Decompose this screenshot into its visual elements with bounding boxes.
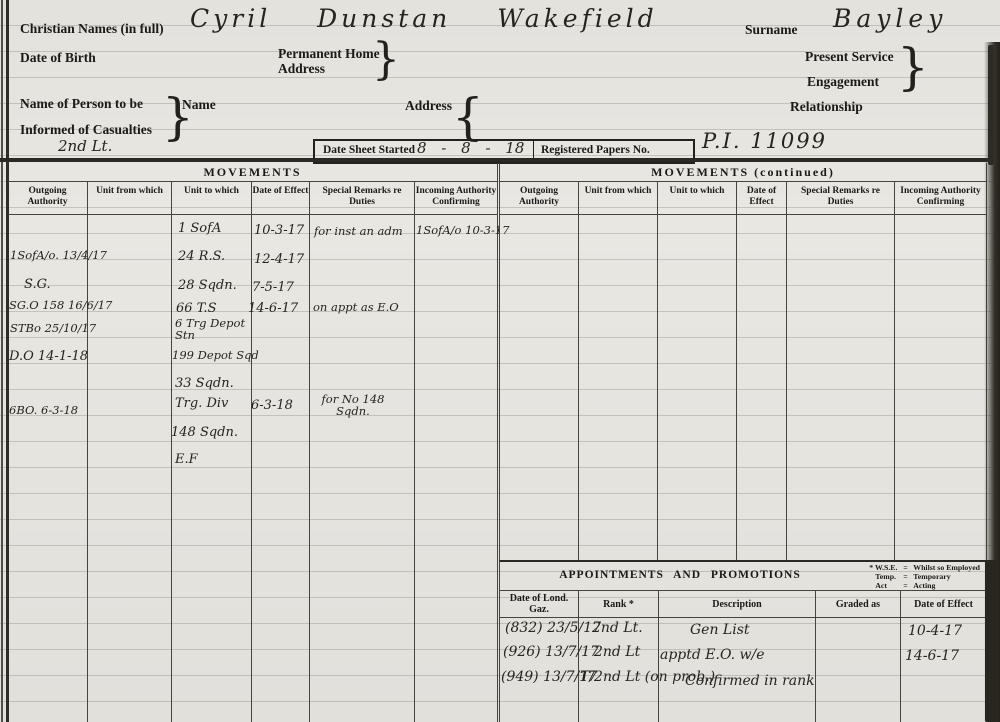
- movement-outgoing: SG.O 158 16/6/17: [9, 299, 112, 311]
- appointments-titlebar: APPOINTMENTS AND PROMOTIONS * W.S.E. = W…: [500, 562, 986, 591]
- movements-header-row: Outgoing Authority Unit from which Unit …: [8, 182, 497, 215]
- movement-outgoing: D.O 14-1-18: [9, 350, 88, 364]
- christian-names-value: Cyril Dunstan Wakefield: [190, 6, 658, 32]
- movement-outgoing: 1SofA/o. 13/4/17: [10, 249, 107, 261]
- appointment-date-of-effect: 14-6-17: [905, 649, 959, 664]
- column-rule: [310, 215, 415, 722]
- engagement-label: Engagement: [807, 74, 879, 90]
- movement-unit-to: 28 Sqdn.: [178, 279, 237, 293]
- col-graded-as: Graded as: [816, 591, 901, 617]
- movement-unit-to: 148 Sqdn.: [171, 426, 238, 440]
- address-brace: {: [452, 92, 484, 142]
- column-rule: [787, 215, 895, 561]
- surname-label: Surname: [745, 22, 798, 38]
- left-binding-line-outer: [1, 0, 3, 722]
- col-description: Description: [659, 591, 816, 617]
- movement-remarks: on appt as E.O: [313, 301, 399, 313]
- appointment-description: apptd E.O. w/e: [660, 648, 765, 663]
- date-sheet-started-label: Date Sheet Started: [323, 144, 415, 156]
- movements-continued-title: MOVEMENTS (continued): [500, 163, 986, 182]
- column-rule: [658, 215, 737, 561]
- appointments-title: APPOINTMENTS AND PROMOTIONS: [520, 569, 840, 581]
- christian-names-label: Christian Names (in full): [20, 21, 164, 37]
- appointments-header-row: Date of Lond. Gaz. Rank * Description Gr…: [500, 591, 986, 618]
- appointment-gazette: (832) 23/5/17: [505, 621, 601, 636]
- appointment-rank: 2nd Lt: [594, 645, 640, 660]
- casualties-label-line1: Name of Person to be: [20, 96, 143, 112]
- movement-outgoing: STBo 25/10/17: [10, 322, 96, 334]
- movements-table: MOVEMENTS Outgoing Authority Unit from w…: [8, 163, 498, 722]
- rank-annotation: 2nd Lt.: [58, 139, 112, 155]
- surname-value: Bayley: [833, 6, 947, 32]
- appointment-rank: 2nd Lt.: [592, 621, 643, 636]
- column-rule: [500, 215, 579, 561]
- registered-papers-label: Registered Papers No.: [541, 144, 650, 156]
- scan-edge-mark: [985, 560, 997, 722]
- appointments-legend: * W.S.E. = Whilst so Employed Temp. = Te…: [869, 564, 980, 591]
- col-incoming-authority: Incoming Authority Confirming: [895, 182, 986, 214]
- name-label: Name: [182, 97, 216, 113]
- movement-unit-to: 1 SofA: [178, 222, 221, 236]
- movement-date: 10-3-17: [254, 224, 304, 238]
- column-rule: [88, 215, 172, 722]
- col-date-lond-gaz: Date of Lond. Gaz.: [500, 591, 579, 617]
- appointment-description: Gen List: [690, 623, 750, 638]
- col-unit-from-which: Unit from which: [88, 182, 172, 214]
- movement-remarks: for inst an adm: [314, 225, 403, 237]
- date-sheet-started-value: 8 - 8 - 18: [417, 141, 524, 157]
- col-unit-to-which: Unit to which: [172, 182, 252, 214]
- movement-date: 14-6-17: [248, 302, 298, 316]
- movement-unit-to: 199 Depot Sqd: [172, 349, 259, 361]
- appointment-gazette: (926) 13/7/17: [503, 645, 599, 660]
- column-rule: [415, 215, 497, 722]
- col-outgoing-authority: Outgoing Authority: [8, 182, 88, 214]
- movement-unit-to: 6 Trg Depot Stn: [175, 317, 255, 341]
- permanent-home-brace: }: [372, 38, 400, 82]
- movements-continued-body: [500, 215, 986, 561]
- movements-continued-table: MOVEMENTS (continued) Outgoing Authority…: [499, 163, 987, 560]
- movement-unit-to: E.F: [175, 453, 198, 467]
- column-rule: [737, 215, 787, 561]
- col-rank: Rank *: [579, 591, 659, 617]
- movement-outgoing: 6BO. 6-3-18: [9, 404, 78, 416]
- permanent-home-label-line2: Address: [278, 61, 325, 77]
- movements-title: MOVEMENTS: [8, 163, 497, 182]
- column-rule: [579, 215, 658, 561]
- col-outgoing-authority: Outgoing Authority: [500, 182, 579, 214]
- column-rule: [895, 215, 986, 561]
- relationship-label: Relationship: [790, 99, 863, 115]
- registered-papers-value: P.I. 11099: [702, 130, 827, 152]
- movement-unit-to: 24 R.S.: [178, 250, 225, 264]
- col-unit-to-which: Unit to which: [658, 182, 737, 214]
- col-date-of-effect: Date of Effect: [737, 182, 787, 214]
- movement-date: 7-5-17: [252, 281, 294, 295]
- legend-eq: =: [903, 582, 913, 591]
- col-date-of-effect: Date of Effect: [252, 182, 310, 214]
- col-special-remarks: Special Remarks re Duties: [787, 182, 895, 214]
- column-rule: [816, 618, 901, 722]
- movements-continued-header-row: Outgoing Authority Unit from which Unit …: [500, 182, 986, 215]
- movement-remarks: for No 148 Sqdn.: [312, 393, 394, 417]
- service-engagement-brace: }: [897, 42, 929, 92]
- appointments-section: APPOINTMENTS AND PROMOTIONS * W.S.E. = W…: [499, 560, 987, 722]
- legend-meaning: Acting: [913, 582, 980, 591]
- col-unit-from-which: Unit from which: [579, 182, 658, 214]
- appointment-date-of-effect: 10-4-17: [908, 624, 962, 639]
- service-record-sheet: Christian Names (in full) Cyril Dunstan …: [0, 0, 1000, 722]
- address-label: Address: [405, 98, 452, 114]
- legend-abbr: Act: [869, 582, 903, 591]
- col-incoming-authority: Incoming Authority Confirming: [415, 182, 497, 214]
- movement-incoming: 1SofA/o 10-3-17: [416, 224, 510, 236]
- permanent-home-label-line1: Permanent Home: [278, 46, 380, 62]
- movement-unit-to: 33 Sqdn.: [175, 377, 234, 391]
- movement-date: 12-4-17: [254, 253, 304, 267]
- scan-edge-mark: [988, 45, 994, 165]
- appointment-description: Confirmed in rank: [685, 674, 815, 689]
- movement-unit-to: 66 T.S: [176, 302, 216, 316]
- present-service-label: Present Service: [805, 49, 894, 65]
- col-date-of-effect: Date of Effect: [901, 591, 986, 617]
- date-of-birth-label: Date of Birth: [20, 50, 96, 66]
- movement-date: 6-3-18: [251, 399, 293, 413]
- movement-outgoing: S.G.: [24, 278, 51, 292]
- casualties-label-line2: Informed of Casualties: [20, 122, 152, 138]
- col-special-remarks: Special Remarks re Duties: [310, 182, 415, 214]
- header-separator-rule: [0, 158, 1000, 162]
- movement-unit-to: Trg. Div: [175, 397, 228, 411]
